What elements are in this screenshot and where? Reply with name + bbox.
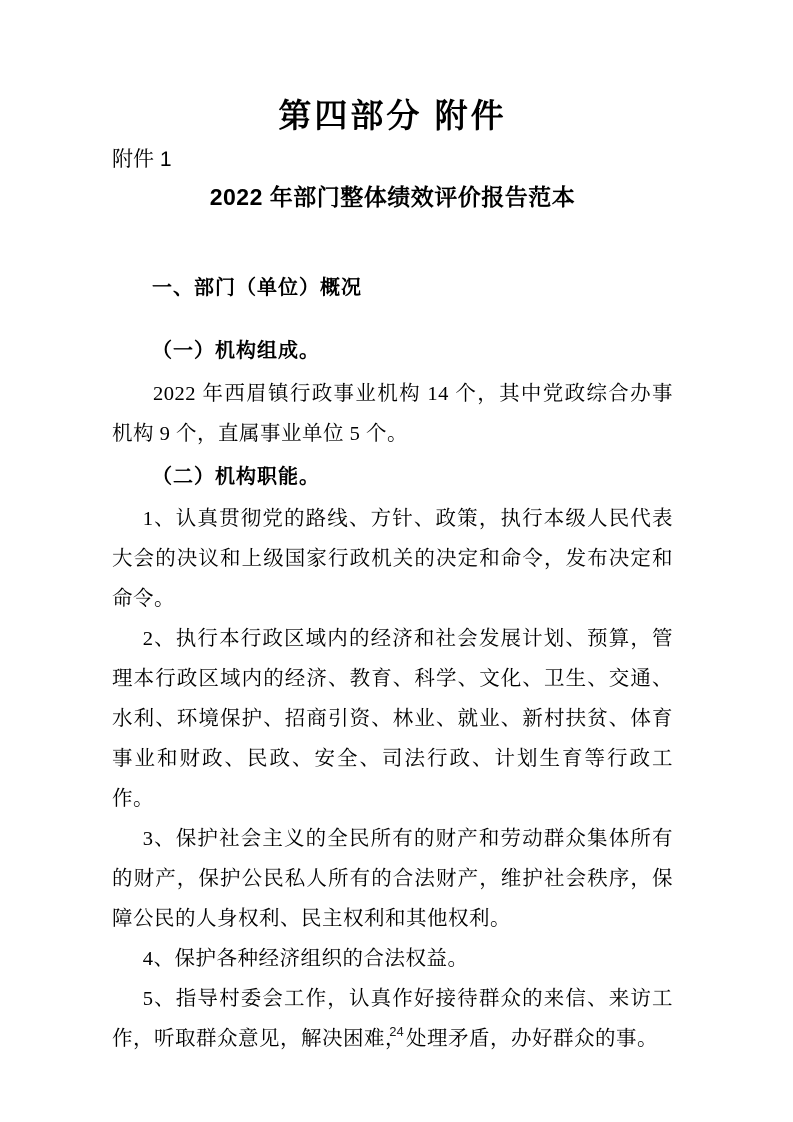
report-title: 2022 年部门整体绩效评价报告范本 <box>112 181 673 213</box>
paragraph-function-1: 1、认真贯彻党的路线、方针、政策，执行本级人民代表大会的决议和上级国家行政机关的… <box>112 499 673 619</box>
paragraph-function-2: 2、执行本行政区域内的经济和社会发展计划、预算，管理本行政区域内的经济、教育、科… <box>112 619 673 819</box>
attachment-label: 附件 1 <box>112 146 673 174</box>
paragraph-function-4: 4、保护各种经济组织的合法权益。 <box>112 939 673 979</box>
paragraph-function-5: 5、指导村委会工作，认真作好接待群众的来信、来访工作，听取群众意见，解决困难，处… <box>112 979 673 1059</box>
part-title: 第四部分 附件 <box>112 94 673 138</box>
page-number: 24 <box>0 1024 793 1039</box>
paragraph-organization: 2022 年西眉镇行政事业机构 14 个，其中党政综合办事机构 9 个，直属事业… <box>112 374 673 454</box>
section-heading-overview: 一、部门（单位）概况 <box>112 273 673 303</box>
document-content: 第四部分 附件 附件 1 2022 年部门整体绩效评价报告范本 一、部门（单位）… <box>112 0 673 1059</box>
document-page: 第四部分 附件 附件 1 2022 年部门整体绩效评价报告范本 一、部门（单位）… <box>0 0 793 1122</box>
subsection-heading-functions: （二）机构职能。 <box>112 462 673 492</box>
paragraph-function-3: 3、保护社会主义的全民所有的财产和劳动群众集体所有的财产，保护公民私人所有的合法… <box>112 819 673 939</box>
subsection-heading-organization: （一）机构组成。 <box>112 336 673 366</box>
